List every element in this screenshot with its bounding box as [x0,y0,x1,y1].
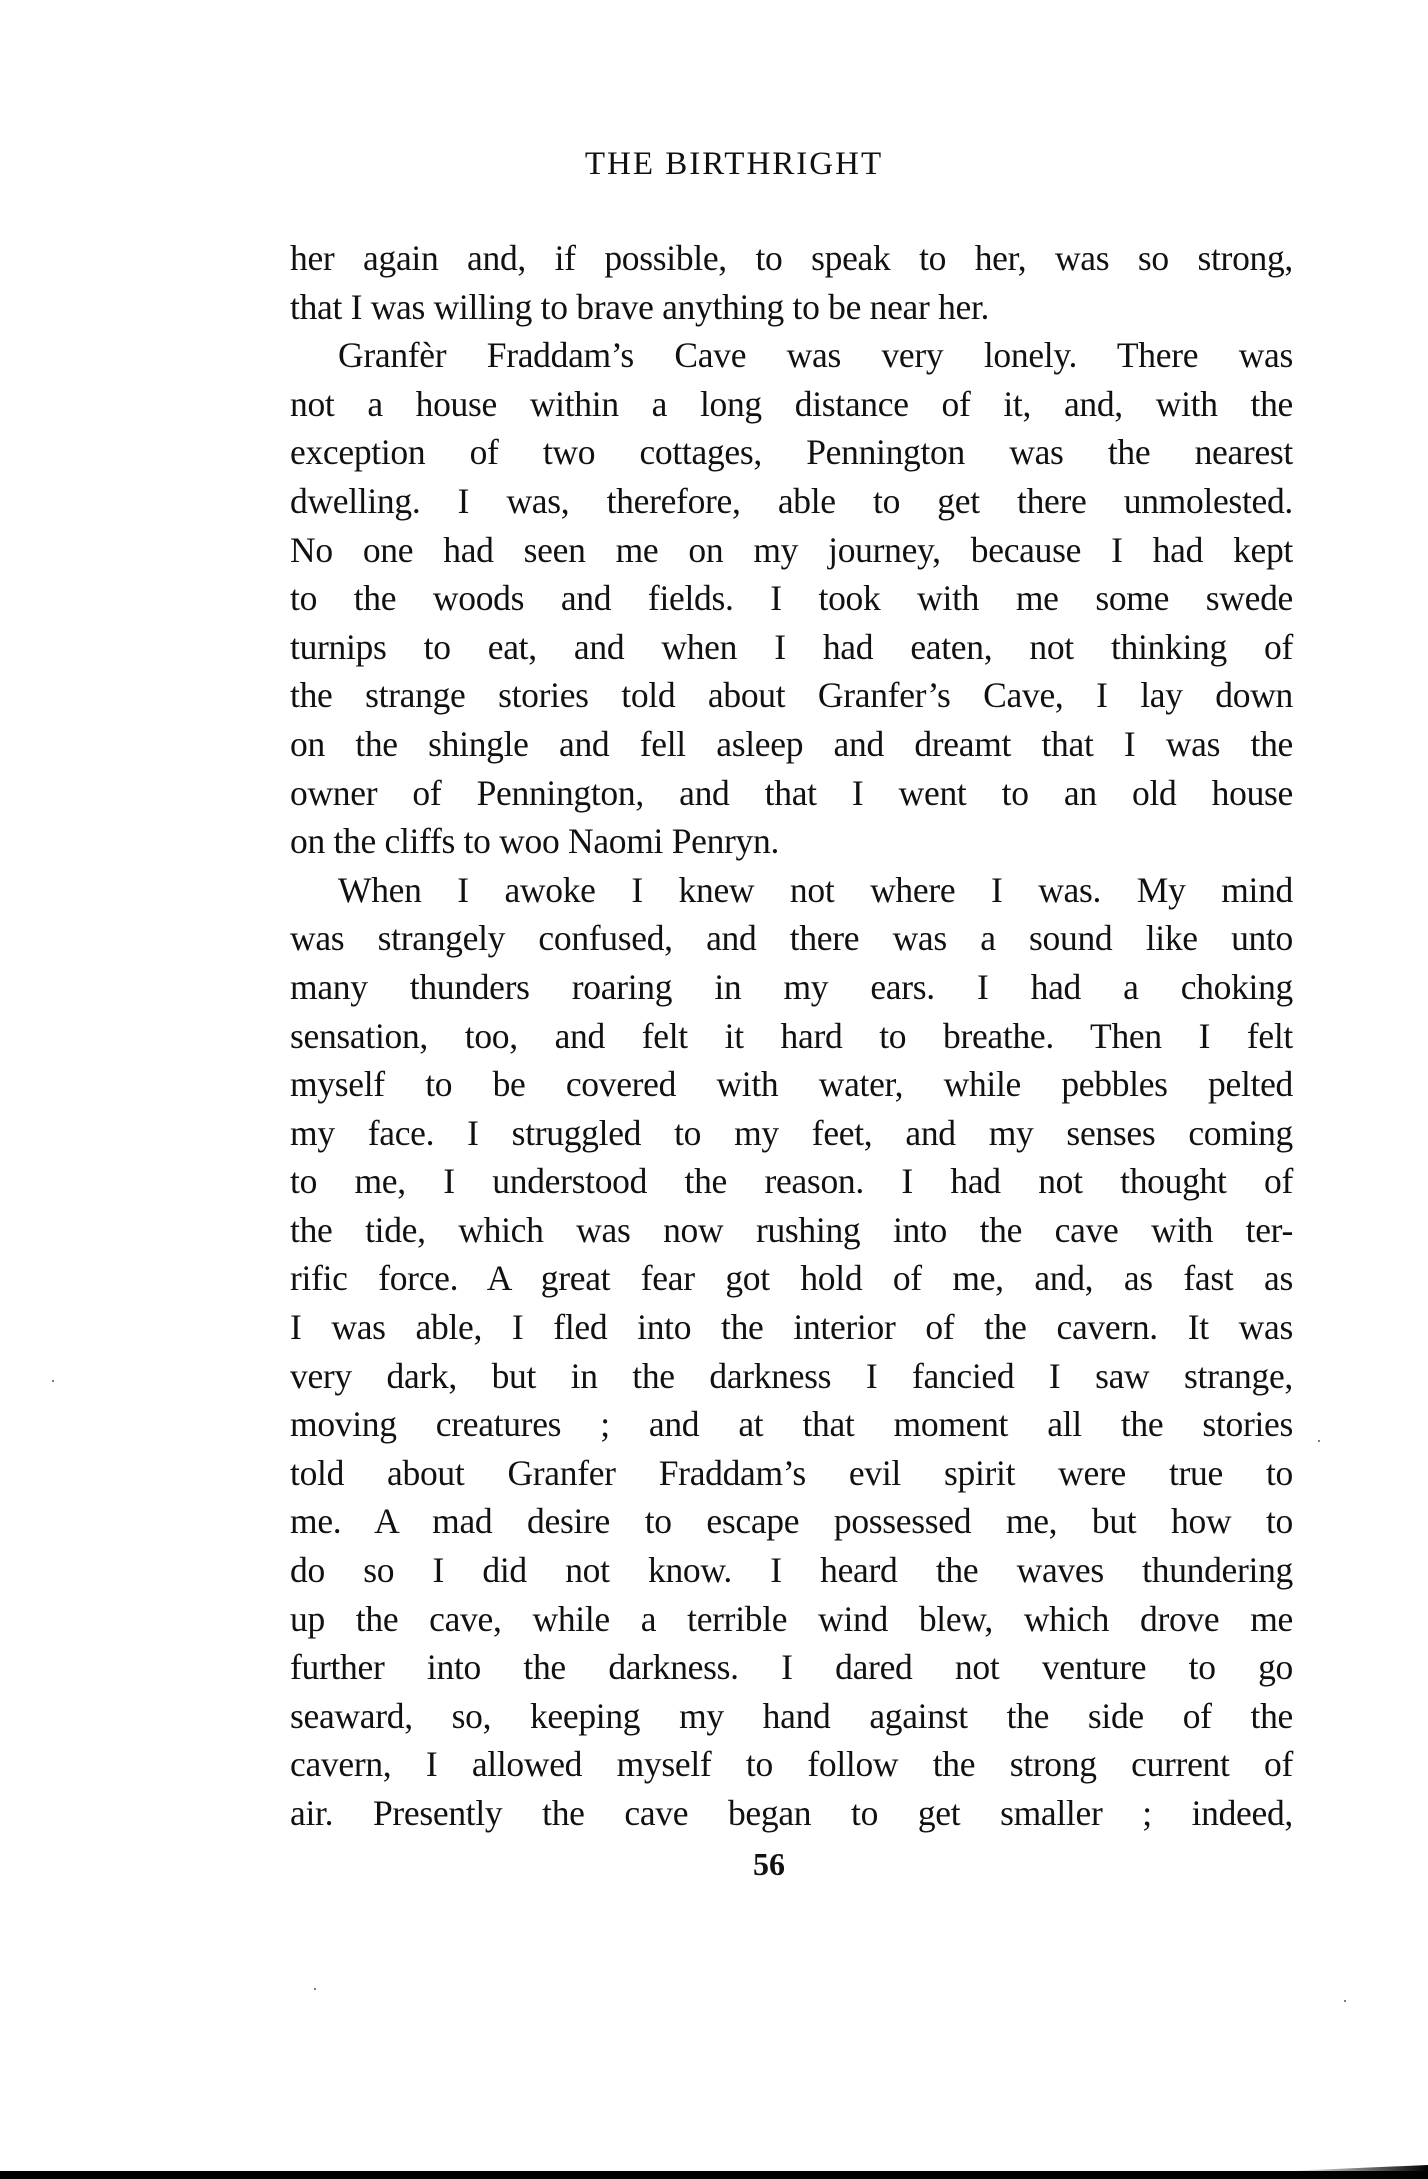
text-line: told about Granfer Fraddam’s evil spirit… [290,1449,1293,1498]
text-line: exception of two cottages, Pennington wa… [290,428,1293,477]
text-line: to me, I understood the reason. I had no… [290,1157,1293,1206]
text-line: I was able, I fled into the interior of … [290,1303,1293,1352]
text-line: many thunders roaring in my ears. I had … [290,963,1293,1012]
text-line: No one had seen me on my journey, becaus… [290,526,1293,575]
text-line: on the shingle and fell asleep and dream… [290,720,1293,769]
text-line: her again and, if possible, to speak to … [290,234,1293,283]
text-line: owner of Pennington, and that I went to … [290,769,1293,818]
text-line: air. Presently the cave began to get sma… [290,1789,1293,1838]
text-line: do so I did not know. I heard the waves … [290,1546,1293,1595]
text-line: me. A mad desire to escape possessed me,… [290,1497,1293,1546]
book-page: THE BIRTHRIGHT her again and, if possibl… [0,0,1428,2179]
text-line: turnips to eat, and when I had eaten, no… [290,623,1293,672]
text-line: further into the darkness. I dared not v… [290,1643,1293,1692]
scan-speck [1344,2000,1346,2002]
text-line: moving creatures ; and at that moment al… [290,1400,1293,1449]
text-line: the strange stories told about Granfer’s… [290,671,1293,720]
text-line: up the cave, while a terrible wind blew,… [290,1595,1293,1644]
text-line: not a house within a long distance of it… [290,380,1293,429]
scan-speck [52,1380,54,1382]
text-line: Granfèr Fraddam’s Cave was very lonely. … [290,331,1293,380]
text-line: the tide, which was now rushing into the… [290,1206,1293,1255]
page-number: 56 [0,1842,1428,1886]
text-line: myself to be covered with water, while p… [290,1060,1293,1109]
scan-speck [1318,1440,1320,1442]
scan-speck [314,1988,316,1990]
text-line: When I awoke I knew not where I was. My … [290,866,1293,915]
body-text: her again and, if possible, to speak to … [290,234,1293,1838]
text-line: very dark, but in the darkness I fancied… [290,1352,1293,1401]
text-line: dwelling. I was, therefore, able to get … [290,477,1293,526]
text-line: sensation, too, and felt it hard to brea… [290,1012,1293,1061]
text-line: my face. I struggled to my feet, and my … [290,1109,1293,1158]
text-line: that I was willing to brave anything to … [290,283,1293,332]
text-line: to the woods and fields. I took with me … [290,574,1293,623]
text-line: rific force. A great fear got hold of me… [290,1254,1293,1303]
text-line: on the cliffs to woo Naomi Penryn. [290,817,1293,866]
text-line: seaward, so, keeping my hand against the… [290,1692,1293,1741]
scan-bottom-edge [0,2171,1428,2179]
text-line: cavern, I allowed myself to follow the s… [290,1740,1293,1789]
text-line: was strangely confused, and there was a … [290,914,1293,963]
running-head: THE BIRTHRIGHT [0,140,1428,188]
